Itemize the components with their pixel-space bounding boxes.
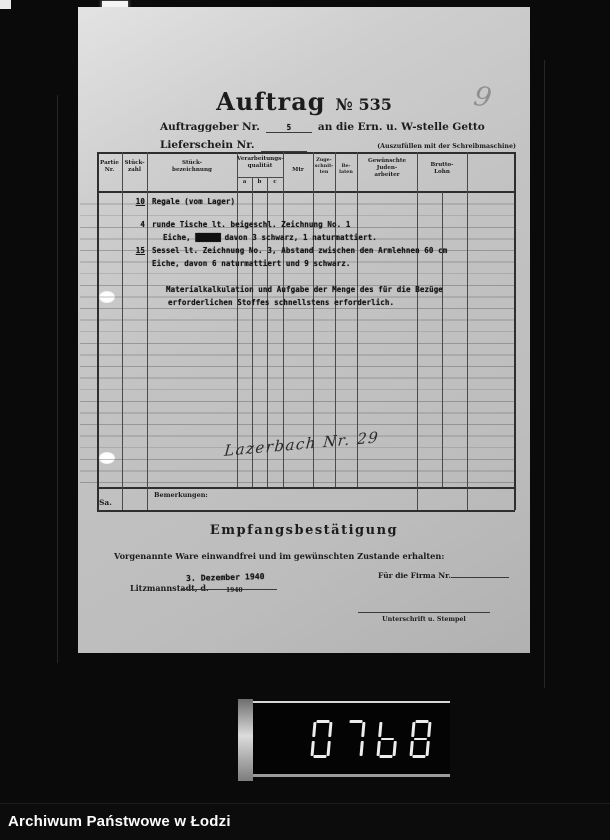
table-bottom-border [97, 510, 515, 512]
counter-digit [343, 720, 365, 758]
row2-description: runde Tische lt. beigeschl. Zeichnung No… [152, 220, 350, 229]
col-line [147, 152, 148, 510]
delivery-note-field [261, 139, 307, 152]
row2-line2-post: davon 3 schwarz, 1 naturmattiert. [225, 233, 377, 242]
firm-number-field [451, 577, 509, 578]
col-header-bezeichnung: Stück- bezeichnung [147, 160, 237, 174]
typewriter-instruction: (Auszufüllen mit der Schreibmaschine) [326, 143, 516, 150]
counter-digit [409, 720, 431, 758]
col-header-qualitaet: Verarbeitungs- qualität [237, 156, 283, 170]
note-line2: erforderlichen Stoffes schnellstens erfo… [168, 298, 394, 307]
recipient-text: an die Ern. u. W-stelle Getto [318, 121, 485, 133]
col-line [467, 152, 468, 510]
counter-digit [310, 720, 332, 758]
orderer-label: Auftraggeber Nr. [160, 121, 260, 133]
row2-quantity: 4 [122, 220, 145, 229]
counter-digits [312, 720, 430, 758]
printed-year: 1940 [226, 587, 243, 594]
col-header-judenarbeiter: Gewünschte Juden- arbeiter [357, 158, 417, 179]
col-header-bruttolohn: Brutto- Lohn [417, 162, 467, 176]
delivery-note-label: Lieferschein Nr. [160, 139, 255, 151]
quality-subheader-line [237, 177, 283, 178]
orderer-number-field: 5 [266, 123, 312, 133]
col-header-q-a: a [237, 179, 252, 186]
receipt-heading: Empfangsbestätigung [78, 523, 530, 538]
document-title: Auftrag [216, 87, 325, 116]
film-edge-left [57, 95, 58, 663]
row3-description-line2: Eiche, davon 6 naturmattiert und 9 schwa… [152, 259, 350, 268]
col-line [417, 152, 418, 510]
table-right-border [514, 152, 516, 510]
row2-description-line2: Eiche, ███████ davon 3 schwarz, 1 naturm… [163, 233, 377, 242]
summary-row-border [97, 487, 515, 489]
film-edge-right [544, 60, 545, 688]
receipt-confirmation: Vorgenannte Ware einwandfrei und im gewü… [114, 551, 444, 561]
signature-field [358, 611, 490, 613]
col-header-q-c: c [267, 179, 283, 186]
row3-quantity: 15 [122, 246, 145, 255]
row3-description: Sessel lt. Zeichnung No. 3, Abstand zwis… [152, 246, 447, 255]
signature-label: Unterschrift u. Stempel [358, 616, 490, 623]
archive-name-label: Archiwum Państwowe w Łodzi [8, 813, 231, 830]
firm-line: Für die Firma Nr. [378, 571, 509, 580]
col-header-belaten: Be- laten [335, 163, 357, 175]
archive-bottom-bar: Archiwum Państwowe w Łodzi [0, 804, 610, 840]
col-line [237, 152, 238, 487]
col-subline [442, 192, 443, 487]
document-title-row: Auftrag№ 535 [78, 87, 530, 116]
row1-description: Regale (vom Lager) [152, 197, 235, 206]
col-header-partie: Partie Nr. [97, 160, 122, 174]
row2-line2-pre: Eiche, [163, 233, 191, 242]
archival-photo-viewer: Auftrag№ 535 Auftraggeber Nr.5an die Ern… [0, 0, 610, 840]
orderer-line: Auftraggeber Nr.5an die Ern. u. W-stelle… [160, 121, 485, 133]
table-header-border [97, 191, 515, 193]
table-left-border [97, 152, 99, 510]
row1-quantity: 10 [122, 197, 145, 206]
row2-line2-struck-word: ███████ [195, 233, 220, 242]
film-corner-speck [0, 0, 11, 9]
summary-label: Sa. [99, 498, 112, 507]
col-header-q-b: b [252, 179, 267, 186]
counter-metal-edge [238, 699, 253, 781]
counter-digit [376, 720, 398, 758]
col-header-stueckzahl: Stück- zahl [122, 160, 147, 174]
firm-label: Für die Firma Nr. [378, 571, 451, 580]
col-header-zugeschnitten: Zuge- schnit- ten [313, 157, 335, 175]
frame-counter-display [253, 701, 450, 777]
delivery-note-line: Lieferschein Nr. [160, 139, 313, 152]
table-top-border [97, 152, 515, 154]
order-number: № 535 [336, 95, 392, 114]
note-line1: Materialkalkulation und Aufgabe der Meng… [166, 285, 443, 294]
remarks-label: Bemerkungen: [154, 491, 208, 499]
document-page: Auftrag№ 535 Auftraggeber Nr.5an die Ern… [78, 7, 530, 653]
col-header-mtr: Mtr [283, 167, 313, 174]
